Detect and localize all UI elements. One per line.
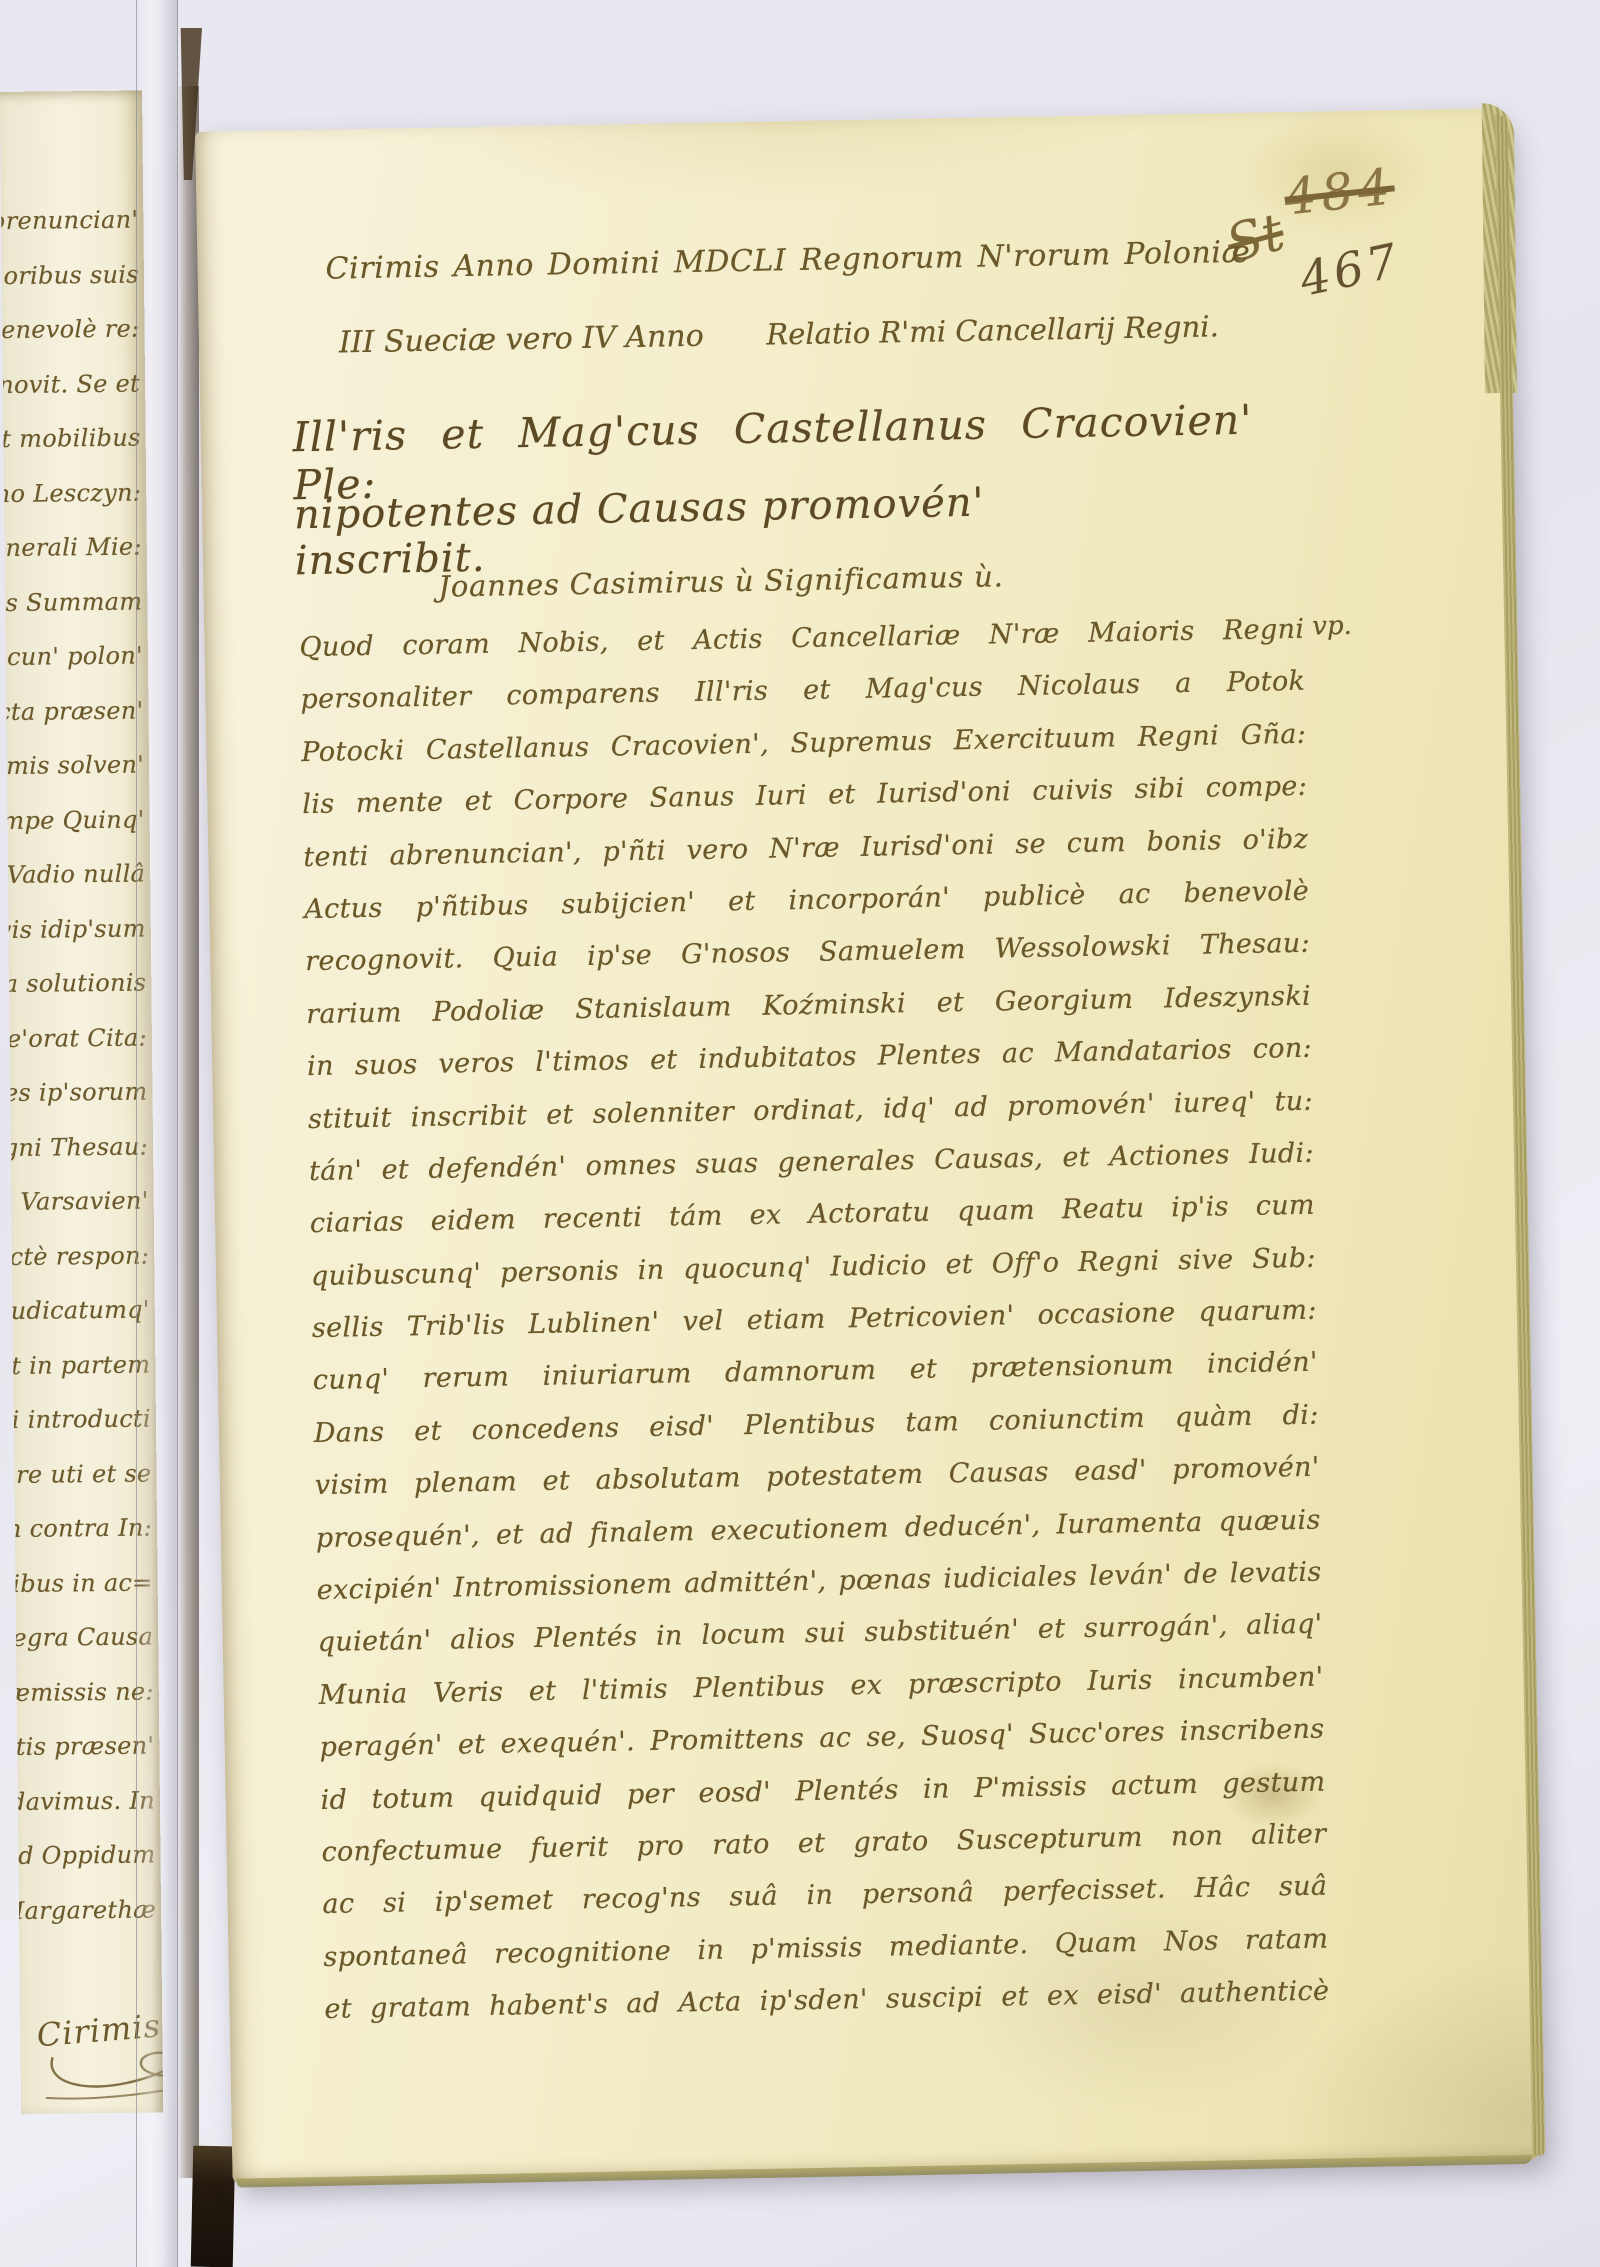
verso-line: re, directè respon: [0,1228,154,1287]
gutter-shadow [177,86,199,2178]
verso-line: ffo Castren' Varsavien' [0,1173,154,1232]
verso-line: ctum iudicatumq' [0,1282,155,1341]
verso-line: in parte abrenuncian' [0,193,144,252]
bottom-page-edge [237,2155,1533,2188]
recto-page: St 484 467 Cirimis Anno Domini MDCLI Reg… [195,108,1542,2184]
regnal-year: III Sueciæ vero IV Anno [339,319,705,361]
verso-line: immob'bus et mobilibus [0,410,146,469]
verso-line: et Usa fori introducti [0,1391,156,1450]
verso-line: floren' pecun' polon' [0,628,148,687]
verso-line: motis et in partem [0,1337,156,1396]
verso-line: rem Regni Thesau: [0,1119,153,1178]
verso-line: petita solutionis [0,955,152,1014]
verso-line: slao à Leszno Lesczyn: [0,465,146,524]
margin-note: vp. [1312,611,1352,642]
manuscript-photo: { "colors":{"backdrop":"#e8e6ee","page":… [0,0,1600,2267]
verso-line: rone quâvis idip'sum [0,901,151,960]
verso-line: tereâ recognovit. Se et [0,356,145,415]
verso-line: dicum contra In: [0,1500,157,1559]
verso-line: ad Acta præsen' [0,683,149,742]
verso-line: ibus ac Succ'oribus suis [0,247,144,306]
verso-line: lutione asse'orat Cita: [0,1010,152,1069]
folio-number-struck: 484 [1282,157,1398,226]
protocol-regnal-line: III Sueciæ vero IV Anno Relatio R'mi Can… [339,309,1219,360]
verso-line: nempe Quinq' [0,792,150,851]
entry-body: Quod coram Nobis, et Actis Cancellariæ N… [299,614,1330,2047]
fore-edge [1495,114,1545,2156]
folio-number: 467 [1295,233,1406,308]
verso-line: Succ'oribus Summam [0,574,148,633]
verso-line: in polon' Vadio nullâ [0,846,150,905]
binding-strap [191,2146,236,2267]
verso-line: bus Iure uti et se [0,1446,157,1505]
glass-mount-edge [136,0,178,2267]
verso-line: publicè ac benevolè re: [0,302,145,361]
verso-line: Polon' Generali Mie: [0,519,147,578]
verso-line: s Succ'oribus in ac= [0,1555,158,1614]
protocol-date-line: Cirimis Anno Domini MDCLI Regnorum N'ror… [325,235,1250,287]
verso-line: proximis solven' [0,737,149,796]
relation-note: Relatio R'mi Cancellarij Regni. [766,309,1219,352]
verso-line: is et integra Causa [0,1609,158,1668]
verso-line: Succ'ores ip'sorum [0,1064,153,1123]
